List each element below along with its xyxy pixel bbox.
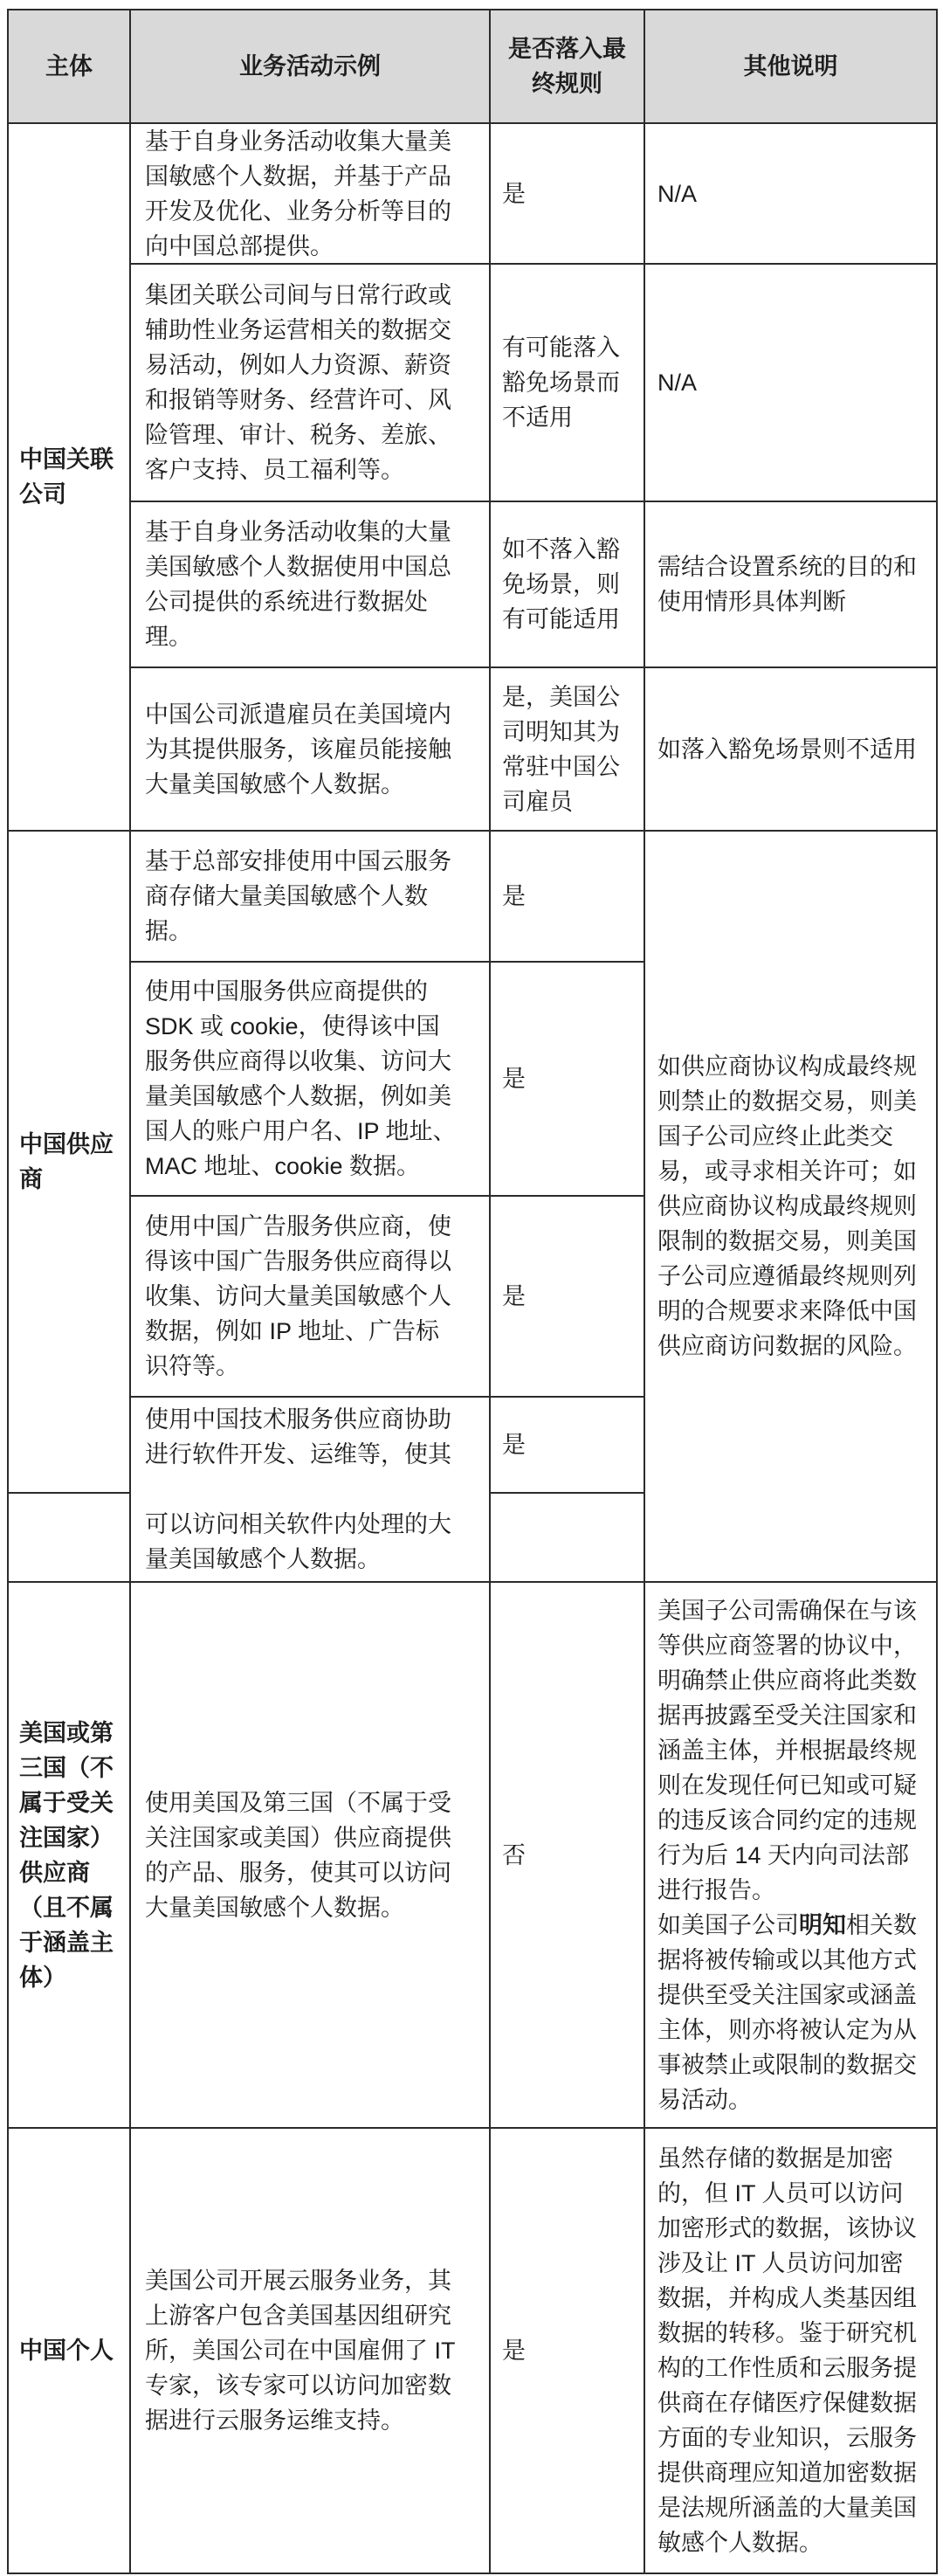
activity-row8: 使用中国技术服务供应商协助进行软件开发、运维等，使其 可以访问相关软件内处理的大… xyxy=(131,1398,491,1583)
subject-empty-cell xyxy=(9,1494,131,1583)
activity-row3: 基于自身业务活动收集的大量美国敏感个人数据使用中国总公司提供的系统进行数据处理。 xyxy=(131,502,491,668)
falls-row3: 如不落入豁免场景，则有可能适用 xyxy=(491,502,645,668)
bold-knowingly: 明知 xyxy=(799,1912,846,1938)
falls-row4: 是，美国公司明知其为常驻中国公司雇员 xyxy=(491,668,645,832)
subject-us-or-third-country-supplier: 美国或第三国（不属于受关注国家）供应商（且不属于涵盖主体） xyxy=(9,1583,131,2129)
notes-row1: N/A xyxy=(645,124,938,265)
header-activity: 业务活动示例 xyxy=(131,10,491,124)
subject-china-supplier: 中国供应商 xyxy=(9,832,131,1494)
activity-row10: 美国公司开展云服务业务，其上游客户包含美国基因组研究所，美国公司在中国雇佣了 I… xyxy=(131,2129,491,2574)
activity-row4: 中国公司派遣雇员在美国境内为其提供服务，该雇员能接触大量美国敏感个人数据。 xyxy=(131,668,491,832)
notes-row10: 虽然存储的数据是加密的，但 IT 人员可以访问加密形式的数据，该协议涉及让 IT… xyxy=(645,2129,938,2574)
activity-row6: 使用中国服务供应商提供的 SDK 或 cookie，使得该中国服务供应商得以收集… xyxy=(131,963,491,1197)
notes-row4: 如落入豁免场景则不适用 xyxy=(645,668,938,832)
falls-row5: 是 xyxy=(491,832,645,963)
activity-row8-paragraph2: 可以访问相关软件内处理的大量美国敏感个人数据。 xyxy=(145,1507,458,1577)
falls-row6: 是 xyxy=(491,963,645,1197)
subject-china-affiliate: 中国关联公司 xyxy=(9,124,131,832)
falls-row10: 是 xyxy=(491,2129,645,2574)
activity-row5: 基于总部安排使用中国云服务商存储大量美国敏感个人数据。 xyxy=(131,832,491,963)
activity-row2: 集团关联公司间与日常行政或辅助性业务运营相关的数据交易活动，例如人力资源、薪资和… xyxy=(131,265,491,502)
activity-row7: 使用中国广告服务供应商，使得该中国广告服务供应商得以收集、访问大量美国敏感个人数… xyxy=(131,1197,491,1398)
header-falls-into-final-rule: 是否落入最终规则 xyxy=(491,10,645,124)
falls-row9: 否 xyxy=(491,1583,645,2129)
falls-row7: 是 xyxy=(491,1197,645,1398)
activity-row1: 基于自身业务活动收集大量美国敏感个人数据，并基于产品开发及优化、业务分析等目的向… xyxy=(131,124,491,265)
header-subject: 主体 xyxy=(9,10,131,124)
header-other-notes: 其他说明 xyxy=(645,10,938,124)
notes-row9: 美国子公司需确保在与该等供应商签署的协议中，明确禁止供应商将此类数据再披露至受关… xyxy=(645,1583,938,2129)
notes-row9-paragraph2: 如美国子公司明知相关数据将被传输或以其他方式提供至受关注国家或涵盖主体，则亦将被… xyxy=(657,1908,920,2117)
notes-row3: 需结合设置系统的目的和使用情形具体判断 xyxy=(645,502,938,668)
notes-row2: N/A xyxy=(645,265,938,502)
subject-china-individual: 中国个人 xyxy=(9,2129,131,2574)
falls-row8: 是 xyxy=(491,1398,645,1494)
activity-row9: 使用美国及第三国（不属于受关注国家或美国）供应商提供的产品、服务，使其可以访问大… xyxy=(131,1583,491,2129)
falls-row1: 是 xyxy=(491,124,645,265)
notes-row9-paragraph1: 美国子公司需确保在与该等供应商签署的协议中，明确禁止供应商将此类数据再披露至受关… xyxy=(657,1593,920,1908)
activity-row8-paragraph1: 使用中国技术服务供应商协助进行软件开发、运维等，使其 xyxy=(145,1402,458,1472)
falls-row2: 有可能落入豁免场景而不适用 xyxy=(491,265,645,502)
falls-empty-cell xyxy=(491,1494,645,1583)
compliance-table: 主体 业务活动示例 是否落入最终规则 其他说明 中国关联公司 中国供应商 美国或… xyxy=(7,9,938,2574)
notes-china-supplier-group: 如供应商协议构成最终规则禁止的数据交易，则美国子公司应终止此类交易，或寻求相关许… xyxy=(645,832,938,1583)
